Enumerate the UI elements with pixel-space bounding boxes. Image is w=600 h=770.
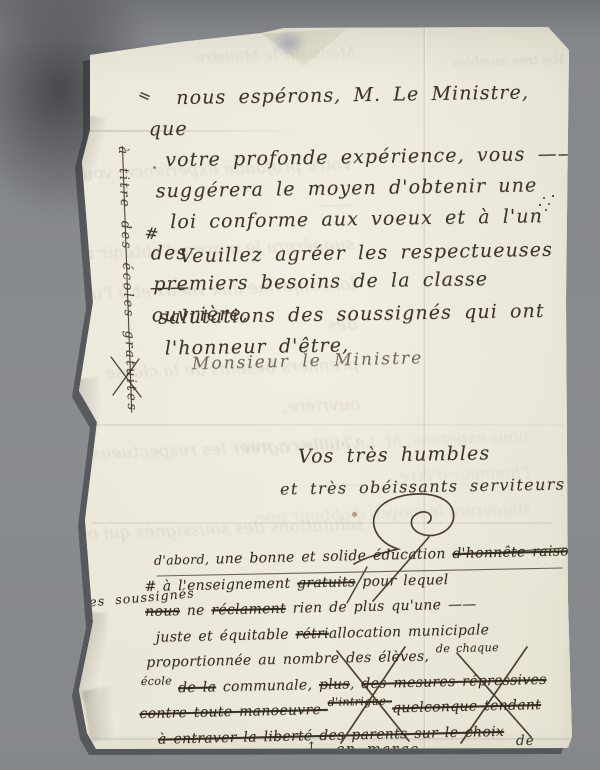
text-segment: une bonne et solide éducation bbox=[215, 546, 452, 567]
text-segment: proportionnée au nombre des élèves, bbox=[146, 648, 436, 671]
vertical-margin-note: à titre des écoles gratuites bbox=[115, 146, 139, 413]
struck-text-segment: contre toute manoeuvre bbox=[139, 702, 328, 722]
struck-text-segment: rétri bbox=[295, 625, 329, 642]
text-segment: , bbox=[350, 676, 362, 692]
bleedthrough-line: suggérera le moyen d'obtenir une bbox=[151, 490, 532, 539]
closing-formula-line: et très obéissants serviteurs bbox=[280, 475, 566, 499]
edge-crumple bbox=[82, 686, 121, 742]
carryover-word: de bbox=[516, 733, 535, 749]
struck-text-segment: quelconque bbox=[392, 698, 484, 716]
text-segment: d'abord, bbox=[154, 551, 216, 567]
struck-text-segment: à entraver la liberté des parents sur le… bbox=[158, 723, 504, 747]
manuscript-page: Monsieur le Ministre Vos très humbles vo… bbox=[0, 0, 600, 770]
draft-notes-block: d'abord, une bonne et solide éducation d… bbox=[136, 538, 591, 753]
bleedthrough-line: Vos très humbles bbox=[425, 53, 565, 73]
horizontal-crease bbox=[64, 424, 564, 426]
struck-text-segment: nous bbox=[145, 603, 180, 620]
scan-background: Monsieur le Ministre Vos très humbles vo… bbox=[0, 0, 600, 770]
text-segment: communale, bbox=[216, 677, 319, 695]
text-segment: pour lequel bbox=[355, 572, 448, 590]
text-segment: allocation municipale bbox=[329, 622, 490, 642]
ink-speck bbox=[543, 197, 545, 199]
struck-text-segment: plus bbox=[319, 676, 350, 693]
struck-text-segment: tendant bbox=[484, 697, 541, 714]
struck-text-segment: des mesures répressives bbox=[361, 671, 547, 691]
horizontal-crease bbox=[92, 522, 552, 524]
struck-text-segment: d'honnête raison bbox=[452, 543, 578, 562]
bleedthrough-line: Veuillez agréer les respectueuses —— bbox=[61, 425, 364, 515]
ink-smudge bbox=[271, 29, 307, 57]
ink-speck bbox=[539, 204, 541, 206]
struck-text-segment: réclament bbox=[211, 601, 286, 619]
bleedthrough-text: Vos très humbles bbox=[425, 53, 565, 73]
text-segment: ne bbox=[180, 602, 212, 619]
ink-speck bbox=[153, 166, 156, 169]
text-segment: de chaque bbox=[436, 641, 499, 655]
ink-speck bbox=[300, 90, 302, 92]
text-segment: juste et équitable bbox=[156, 626, 296, 645]
letter-closing-paragraph: Veuillez agréer les respectueuses —— sal… bbox=[149, 234, 581, 363]
struck-text-segment: de la bbox=[178, 679, 216, 696]
ink-speck bbox=[552, 195, 554, 197]
struck-text-segment: d'intrigue bbox=[328, 694, 393, 708]
text-segment: rien de plus qu'une —— bbox=[286, 596, 477, 616]
ink-speck bbox=[548, 203, 550, 205]
ink-speck bbox=[545, 209, 547, 211]
closing-formula-line: Vos très humbles bbox=[298, 442, 491, 467]
struck-text-segment: gratuits bbox=[297, 574, 356, 591]
paper-stain bbox=[352, 512, 357, 517]
handwritten-line: nous espérons, M. Le Ministre, que bbox=[148, 77, 579, 146]
handwritten-line: Veuillez agréer les respectueuses —— bbox=[149, 234, 580, 302]
text-segment: école bbox=[141, 674, 178, 688]
